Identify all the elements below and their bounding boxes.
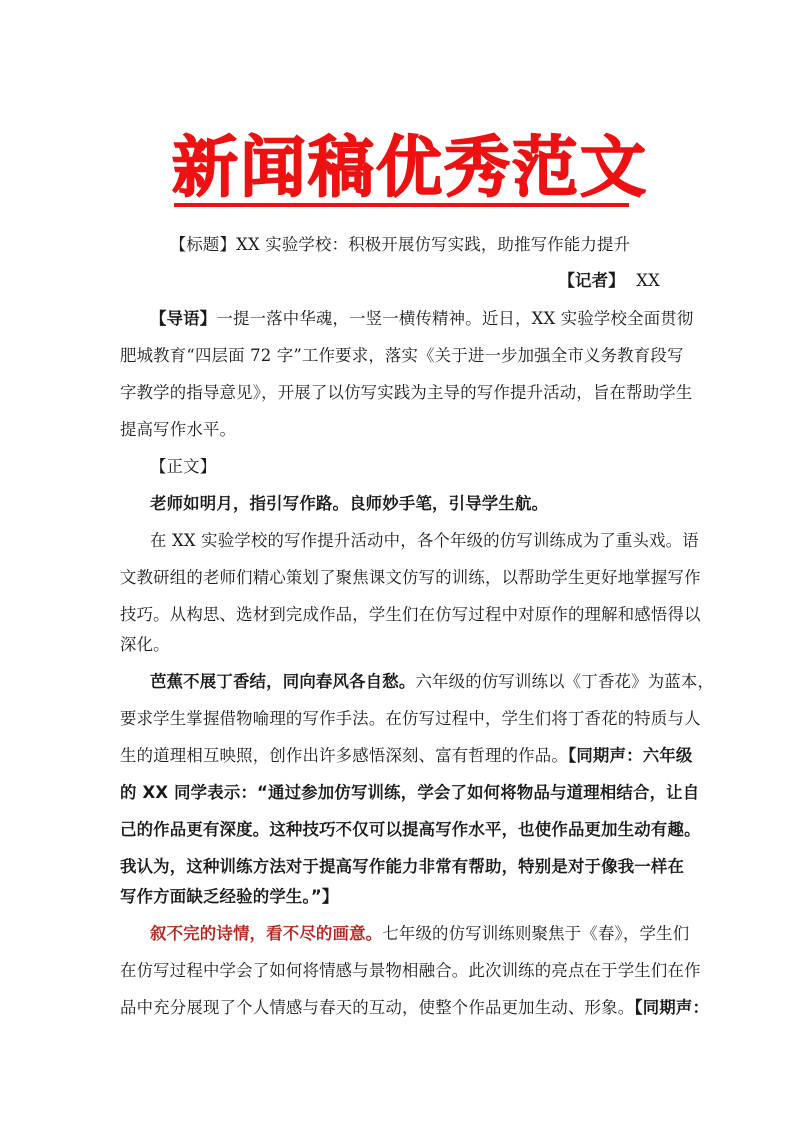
lead-line-1: 【导语】一提一落中华魂，一竖一横传精神。近日，XX 实验学校全面贯彻 [150, 308, 682, 330]
lead-line-3: 字教学的指导意见》，开展了以仿写实践为主导的写作提升活动，旨在帮助学生 [120, 382, 682, 404]
reporter-name: XX [636, 271, 660, 290]
body-label: 【正文】 [150, 456, 682, 478]
section2-text-3: 生的道理相互映照，创作出许多感悟深刻、富有哲理的作品。 [120, 746, 568, 765]
section1-heading: 老师如明月，指引写作路。良师妙手笔，引导学生航。 [150, 493, 682, 515]
headline: 【标题】XX 实验学校：积极开展仿写实践，助推写作能力提升 [100, 234, 700, 256]
section1-line-4: 深化。 [120, 634, 682, 656]
lead-line-2: 肥城教育“四层面 72 字”工作要求，落实《关于进一步加强全市义务教育段写 [120, 345, 682, 367]
section1-line-1: 在 XX 实验学校的写作提升活动中，各个年级的仿写训练成为了重头戏。语 [150, 530, 682, 552]
quote-line-2: 己的作品更有深度。这种技巧不仅可以提高写作水平，也使作品更加生动有趣。 [120, 819, 682, 841]
section2-heading: 芭蕉不展丁香结，同向春风各自愁。 [150, 672, 415, 691]
reporter-label: 【记者】 [558, 271, 624, 290]
lead-line-4: 提高写作水平。 [120, 419, 682, 441]
section3-line-1: 叙不完的诗情，看不尽的画意。七年级的仿写训练则聚焦于《春》，学生们 [150, 923, 682, 945]
section3-line-3: 品中充分展现了个人情感与春天的互动，使整个作品更加生动、形象。【同期声： [120, 997, 682, 1019]
main-title: 新闻稿优秀范文 [172, 128, 630, 210]
section3-quote-start: 【同期声： [634, 998, 709, 1017]
section2-line-2: 要求学生掌握借物喻理的写作手法。在仿写过程中，学生们将丁香花的特质与人 [120, 708, 682, 730]
section1-line-3: 技巧。从构思、选材到完成作品，学生们在仿写过程中对原作的理解和感悟得以 [120, 604, 682, 626]
section3-first-rest: 七年级的仿写训练则聚焦于《春》，学生们 [382, 924, 689, 943]
section2-first-rest: 六年级的仿写训练以《丁香花》为蓝本， [415, 672, 714, 691]
section3-line-2: 在仿写过程中学会了如何将情感与景物相融合。此次训练的亮点在于学生们在作 [120, 960, 682, 982]
section1-line-2: 文教研组的老师们精心策划了聚焦课文仿写的训练，以帮助学生更好地掌握写作 [120, 567, 682, 589]
lead-text-1: 一提一落中华魂，一竖一横传精神。近日，XX 实验学校全面贯彻 [216, 309, 693, 328]
section2-line-3: 生的道理相互映照，创作出许多感悟深刻、富有哲理的作品。【同期声：六年级 [120, 745, 682, 767]
section3-heading: 叙不完的诗情，看不尽的画意。 [150, 924, 382, 943]
section2-line-1: 芭蕉不展丁香结，同向春风各自愁。六年级的仿写训练以《丁香花》为蓝本， [150, 671, 682, 693]
section3-text-3: 品中充分展现了个人情感与春天的互动，使整个作品更加生动、形象。 [120, 998, 634, 1017]
quote-line-4: 写作方面缺乏经验的学生。”】 [120, 886, 682, 908]
title-underline [174, 203, 629, 207]
reporter-line: 【记者】 XX [100, 270, 660, 292]
quote-line-3: 我认为，这种训练方法对于提高写作能力非常有帮助，特别是对于像我一样在 [120, 856, 682, 878]
quote-line-1: 的 XX 同学表示：“通过参加仿写训练，学会了如何将物品与道理相结合，让自 [120, 782, 682, 804]
quote-start: 【同期声：六年级 [568, 746, 693, 765]
lead-label: 【导语】 [150, 309, 216, 328]
document-page: 新闻稿优秀范文 【标题】XX 实验学校：积极开展仿写实践，助推写作能力提升 【记… [0, 0, 800, 1131]
